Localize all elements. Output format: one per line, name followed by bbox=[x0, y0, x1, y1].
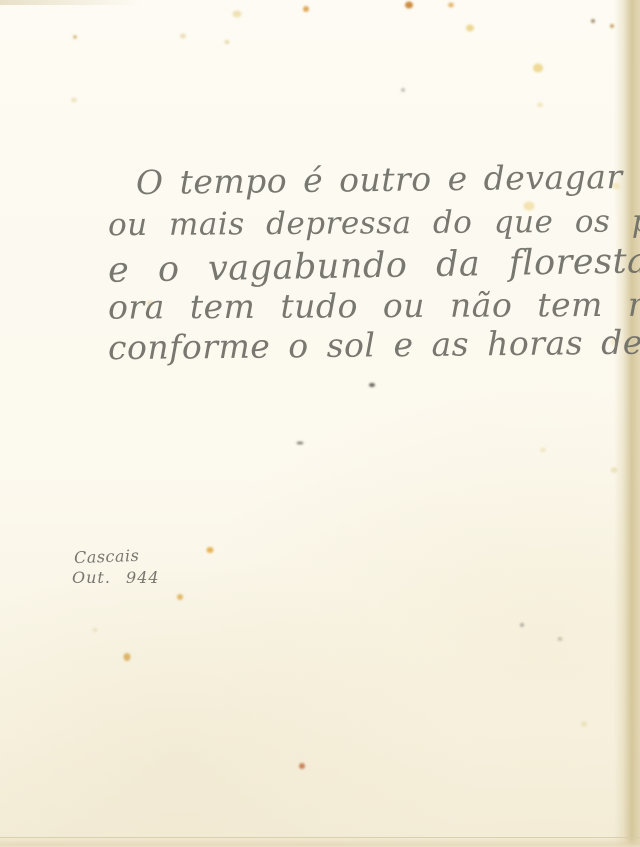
foxing-spot bbox=[533, 64, 543, 73]
poem-line-4: ora tem tudo ou não tem nada bbox=[108, 284, 640, 326]
poem-line-5: conforme o sol e as horas de ele. bbox=[108, 322, 640, 367]
foxing-spot bbox=[540, 448, 546, 453]
foxing-spot bbox=[225, 40, 230, 44]
foxing-spot bbox=[297, 442, 304, 445]
foxing-spot bbox=[93, 628, 98, 632]
foxing-spot bbox=[466, 25, 474, 32]
foxing-spot bbox=[405, 2, 413, 9]
foxing-spot bbox=[177, 594, 183, 600]
foxing-spot bbox=[180, 34, 186, 39]
foxing-spot bbox=[233, 11, 242, 18]
foxing-spot bbox=[448, 3, 454, 8]
foxing-spot bbox=[581, 722, 587, 727]
annotation-date: Out. 944 bbox=[72, 568, 160, 587]
foxing-spot bbox=[520, 623, 524, 627]
foxing-spot bbox=[591, 19, 595, 23]
foxing-spot bbox=[558, 637, 563, 641]
poem-line-2: ou mais depressa do que os passos bbox=[108, 203, 640, 243]
foxing-spot bbox=[124, 653, 131, 661]
foxing-spot bbox=[299, 763, 305, 769]
page-bottom-edge-shadow bbox=[0, 837, 640, 847]
foxing-spot bbox=[71, 98, 77, 103]
foxing-spot bbox=[369, 383, 375, 387]
foxing-spot bbox=[303, 6, 309, 12]
page-right-edge bbox=[614, 0, 640, 847]
foxing-spot bbox=[73, 35, 77, 39]
foxing-spot bbox=[401, 88, 405, 92]
annotation-place: Cascais bbox=[74, 546, 140, 567]
poem-line-3: e o vagabundo da floresta bbox=[108, 241, 640, 290]
manuscript-page: O tempo é outro e devagar ou mais depres… bbox=[0, 0, 640, 847]
page-top-edge-shadow bbox=[0, 0, 140, 5]
foxing-spot bbox=[207, 547, 214, 553]
foxing-spot bbox=[537, 103, 543, 108]
poem-line-1: O tempo é outro e devagar bbox=[136, 157, 623, 202]
